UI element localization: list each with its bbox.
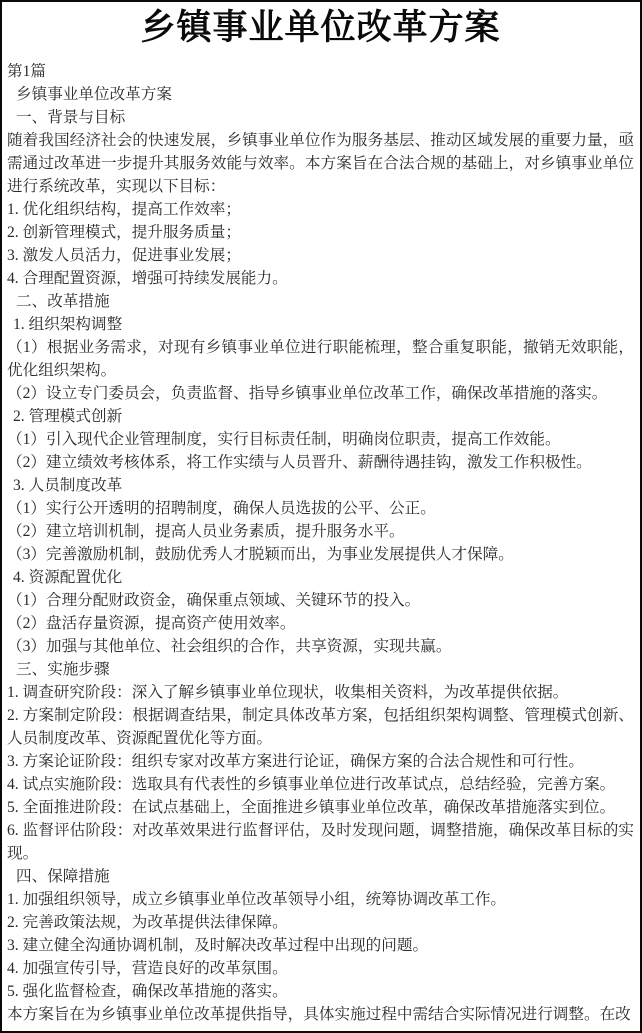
paragraph: 2. 管理模式创新: [7, 405, 634, 428]
paragraph: 5. 强化监督检查，确保改革措施的落实。: [7, 980, 634, 1003]
paragraph: 本方案旨在为乡镇事业单位改革提供指导，具体实施过程中需结合实际情况进行调整。在改: [7, 1003, 634, 1026]
paragraph: 第1篇: [7, 60, 634, 83]
paragraph: （2）设立专门委员会，负责监督、指导乡镇事业单位改革工作，确保改革措施的落实。: [7, 382, 634, 405]
paragraph: 3. 方案论证阶段：组织专家对改革方案进行论证，确保方案的合法合规性和可行性。: [7, 750, 634, 773]
document-title: 乡镇事业单位改革方案: [7, 5, 634, 50]
paragraph: 1. 加强组织领导，成立乡镇事业单位改革领导小组，统筹协调改革工作。: [7, 888, 634, 911]
paragraph: 1. 调查研究阶段：深入了解乡镇事业单位现状，收集相关资料，为改革提供依据。: [7, 681, 634, 704]
paragraph: （2）建立培训机制，提高人员业务素质，提升服务水平。: [7, 520, 634, 543]
paragraph: 1. 组织架构调整: [7, 313, 634, 336]
paragraph: 6. 监督评估阶段：对改革效果进行监督评估，及时发现问题，调整措施，确保改革目标…: [7, 819, 634, 865]
paragraph: （3）完善激励机制，鼓励优秀人才脱颖而出，为事业发展提供人才保障。: [7, 543, 634, 566]
paragraph: 2. 完善政策法规，为改革提供法律保障。: [7, 911, 634, 934]
paragraph: 乡镇事业单位改革方案: [7, 83, 634, 106]
paragraph: 1. 优化组织结构，提高工作效率；: [7, 198, 634, 221]
paragraph: （1）合理分配财政资金，确保重点领域、关键环节的投入。: [7, 589, 634, 612]
paragraph: 4. 资源配置优化: [7, 566, 634, 589]
document-body: 第1篇乡镇事业单位改革方案一、背景与目标随着我国经济社会的快速发展，乡镇事业单位…: [7, 60, 634, 1026]
paragraph: 4. 试点实施阶段：选取具有代表性的乡镇事业单位进行改革试点，总结经验，完善方案…: [7, 773, 634, 796]
document-page: 乡镇事业单位改革方案 第1篇乡镇事业单位改革方案一、背景与目标随着我国经济社会的…: [0, 0, 642, 1033]
paragraph: 一、背景与目标: [7, 106, 634, 129]
paragraph: （2）盘活存量资源，提高资产使用效率。: [7, 612, 634, 635]
paragraph: （1）实行公开透明的招聘制度，确保人员选拔的公平、公正。: [7, 497, 634, 520]
paragraph: 4. 加强宣传引导，营造良好的改革氛围。: [7, 957, 634, 980]
paragraph: 三、实施步骤: [7, 658, 634, 681]
paragraph: （3）加强与其他单位、社会组织的合作，共享资源，实现共赢。: [7, 635, 634, 658]
paragraph: （1）根据业务需求，对现有乡镇事业单位进行职能梳理，整合重复职能，撤销无效职能，…: [7, 336, 634, 382]
paragraph: 5. 全面推进阶段：在试点基础上，全面推进乡镇事业单位改革，确保改革措施落实到位…: [7, 796, 634, 819]
paragraph: 随着我国经济社会的快速发展，乡镇事业单位作为服务基层、推动区域发展的重要力量，亟…: [7, 129, 634, 198]
paragraph: 4. 合理配置资源，增强可持续发展能力。: [7, 267, 634, 290]
paragraph: 3. 建立健全沟通协调机制，及时解决改革过程中出现的问题。: [7, 934, 634, 957]
paragraph: 2. 方案制定阶段：根据调查结果，制定具体改革方案，包括组织架构调整、管理模式创…: [7, 704, 634, 750]
paragraph: （1）引入现代企业管理制度，实行目标责任制，明确岗位职责，提高工作效能。: [7, 428, 634, 451]
paragraph: 四、保障措施: [7, 865, 634, 888]
paragraph: 2. 创新管理模式，提升服务质量；: [7, 221, 634, 244]
paragraph: （2）建立绩效考核体系，将工作实绩与人员晋升、薪酬待遇挂钩，激发工作积极性。: [7, 451, 634, 474]
paragraph: 二、改革措施: [7, 290, 634, 313]
paragraph: 3. 人员制度改革: [7, 474, 634, 497]
paragraph: 3. 激发人员活力，促进事业发展；: [7, 244, 634, 267]
